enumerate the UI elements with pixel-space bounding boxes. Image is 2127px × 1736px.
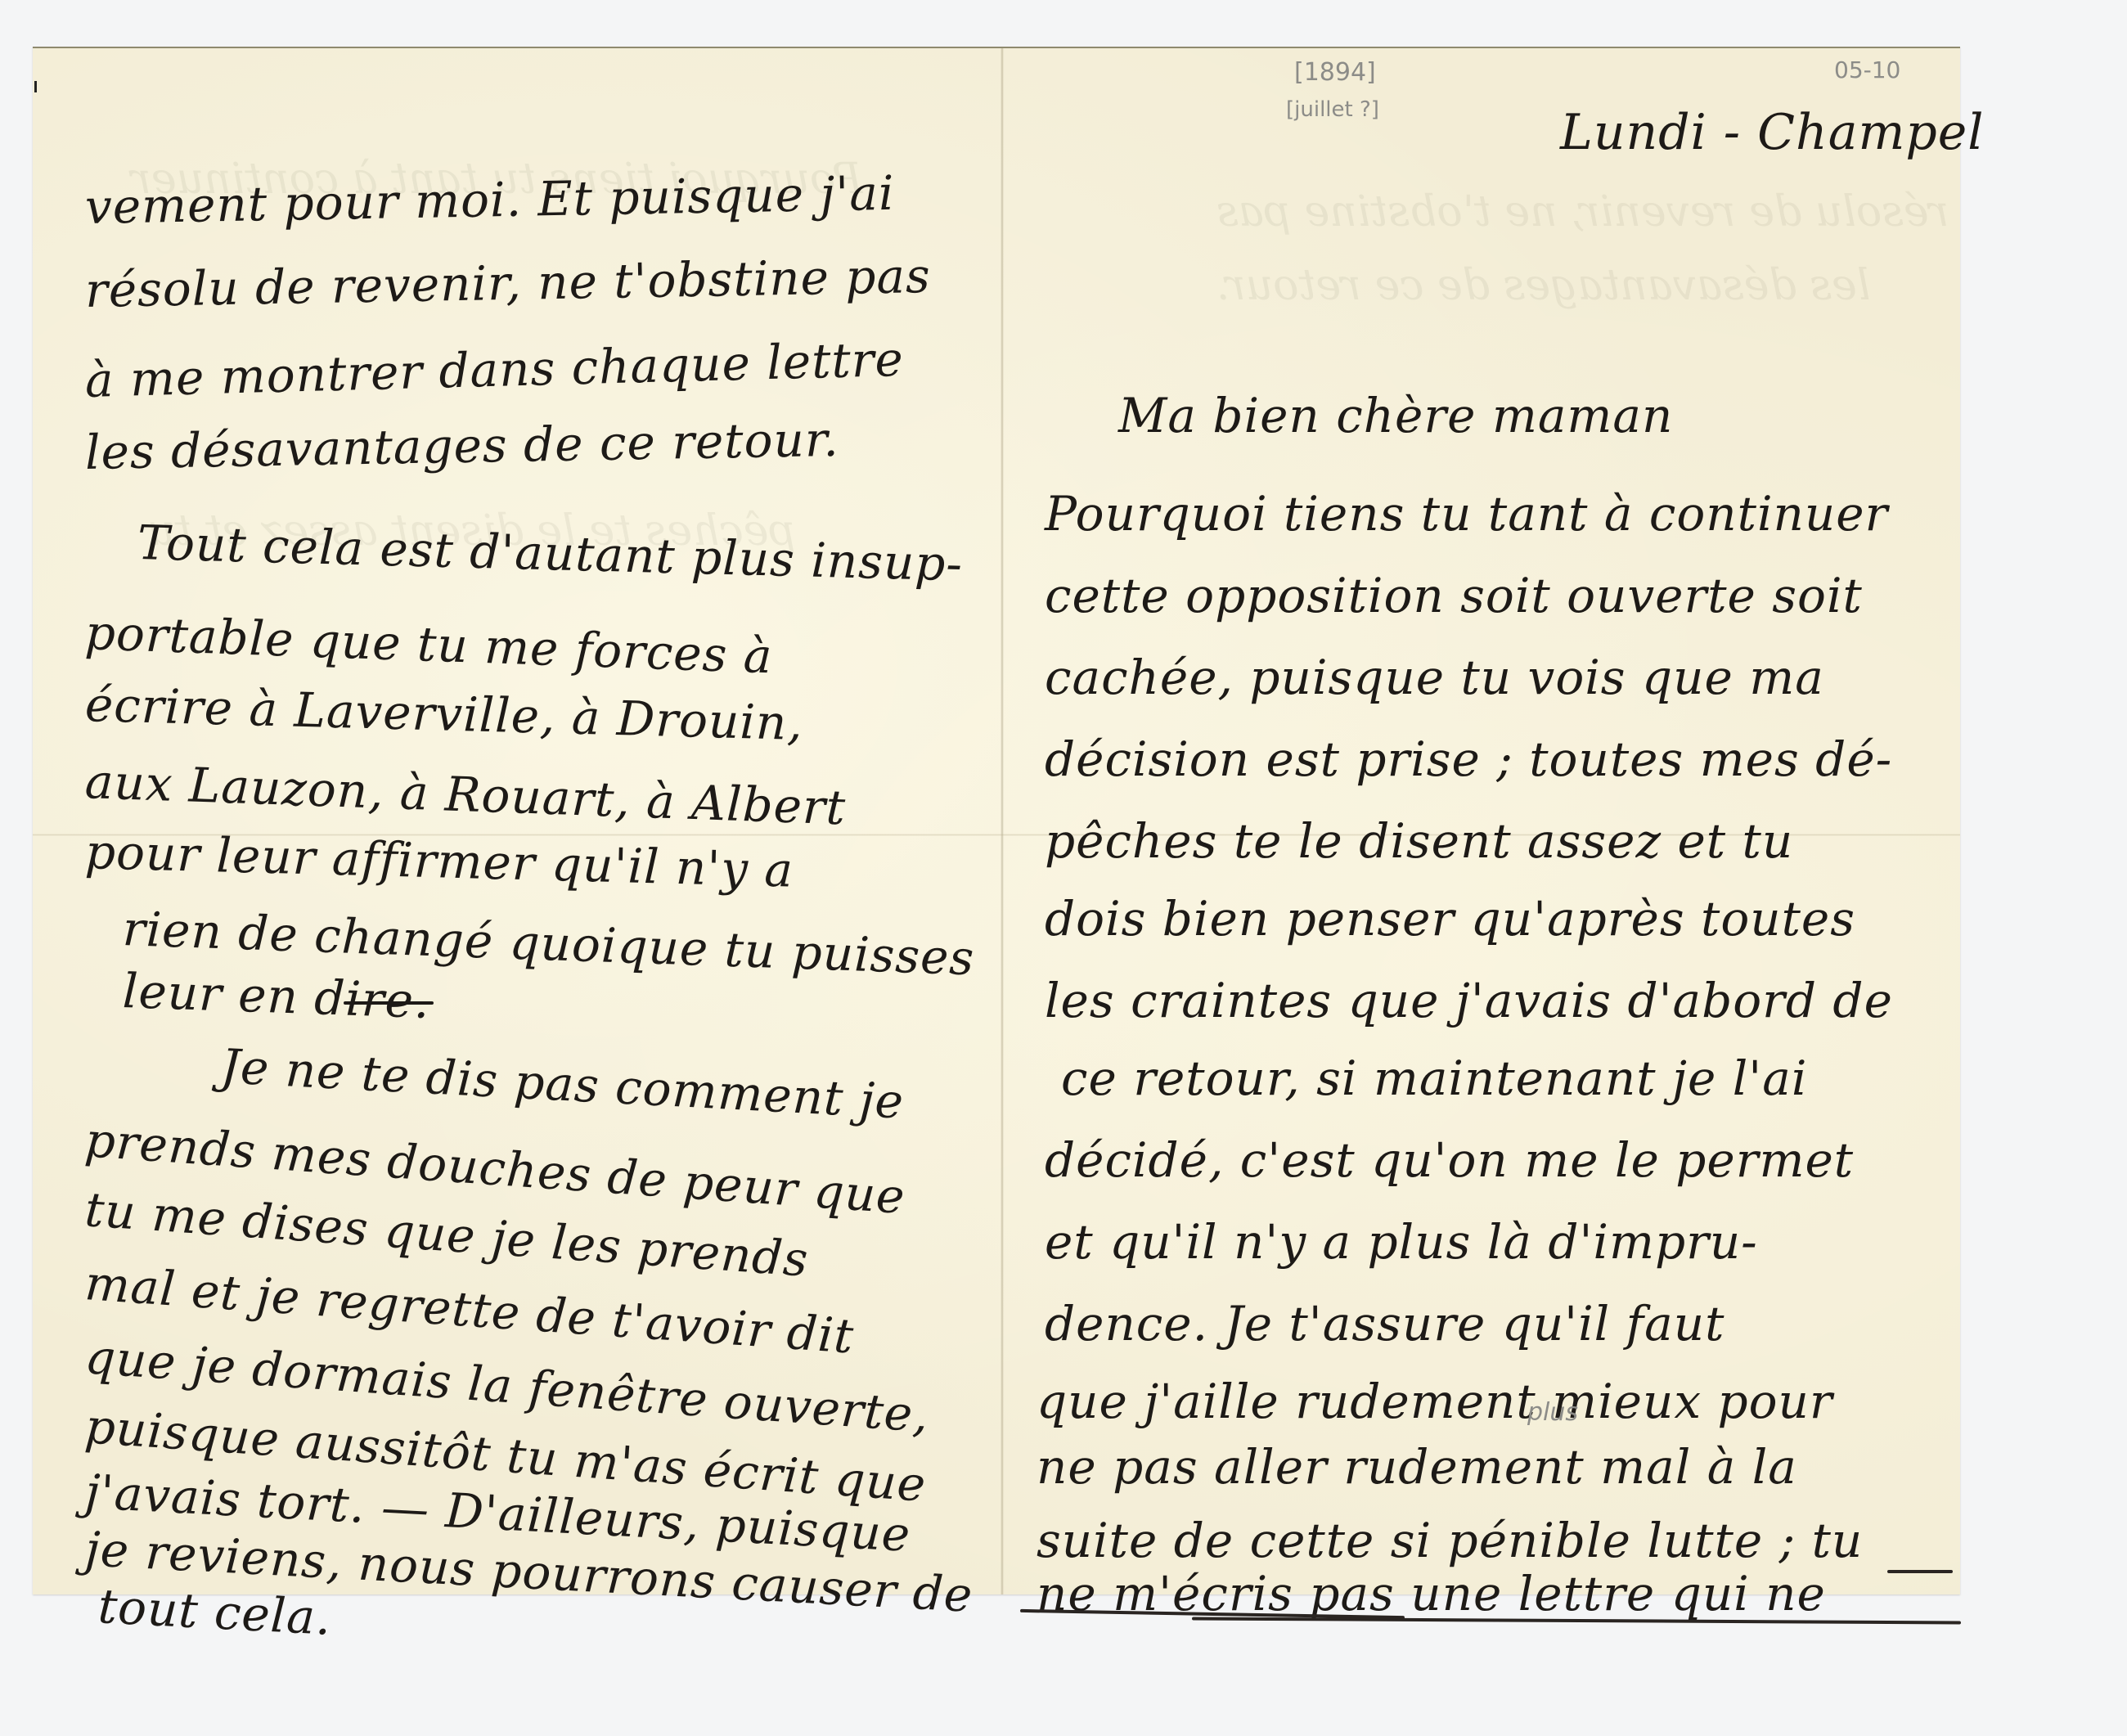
- salutation: Ma bien chère maman: [1118, 388, 1673, 443]
- ink-bleed-through: les désavantages de ce retour.: [1216, 261, 1870, 310]
- letter-line: dois bien penser qu'après toutes: [1045, 891, 1855, 947]
- letter-line: ne pas aller rudement mal à la: [1037, 1439, 1797, 1495]
- underline-stroke: [1887, 1570, 1953, 1573]
- letter-line: Tout cela est d'autant plus insup-: [137, 515, 964, 591]
- letter-line: écrire à Laverville, à Drouin,: [84, 677, 803, 751]
- letter-line: les craintes que j'avais d'abord de: [1045, 973, 1893, 1028]
- letter-line: aux Lauzon, à Rouart, à Albert: [84, 753, 847, 835]
- letter-line: décision est prise ; toutes mes dé-: [1045, 731, 1892, 787]
- dateline: Lundi - Champel: [1560, 104, 1984, 161]
- letter-line: portable que tu me forces à: [84, 605, 774, 684]
- letter-line: pour leur affirmer qu'il n'y a: [84, 824, 794, 898]
- ink-bleed-through: résolu de revenir, ne t'obstine pas: [1216, 187, 1949, 236]
- letter-line: les désavantages de ce retour.: [84, 412, 839, 480]
- letter-line: et qu'il n'y a plus là d'impru-: [1045, 1214, 1758, 1270]
- letter-line: cachée, puisque tu vois que ma: [1045, 650, 1824, 705]
- letter-line: Je ne te dis pas comment je: [219, 1038, 906, 1130]
- letter-sheet: Pourquoi tiens tu tant à continuer pêche…: [33, 47, 1960, 1594]
- letter-line: tout cela.: [97, 1578, 333, 1646]
- right-page: [1894] [juillet ?] 05-10 Lundi - Champel…: [1004, 48, 1960, 1594]
- folio-number: 05-10: [1834, 56, 1900, 83]
- letter-line: leur en dire.: [122, 963, 431, 1029]
- dash-stroke: [344, 1001, 434, 1005]
- archive-month-annotation: [juillet ?]: [1286, 97, 1379, 122]
- letter-line: cette opposition soit ouverte soit: [1045, 568, 1863, 623]
- pencil-insertion: plus: [1527, 1398, 1578, 1427]
- letter-line: que j'aille rudement mieux pour: [1037, 1374, 1833, 1429]
- letter-line: à me montrer dans chaque lettre: [84, 331, 904, 408]
- letter-line: dence. Je t'assure qu'il faut: [1045, 1296, 1725, 1351]
- left-page: Pourquoi tiens tu tant à continuer pêche…: [33, 48, 1001, 1594]
- letter-line: pêches te le disent assez et tu: [1045, 813, 1793, 869]
- archive-date-annotation: [1894]: [1294, 58, 1376, 87]
- letter-line: décidé, c'est qu'on me le permet: [1045, 1132, 1854, 1188]
- letter-line: Pourquoi tiens tu tant à continuer: [1045, 486, 1888, 542]
- letter-line: ce retour, si maintenant je l'ai: [1061, 1050, 1807, 1106]
- letter-line: suite de cette si pénible lutte ; tu: [1037, 1513, 1863, 1568]
- letter-line: résolu de revenir, ne t'obstine pas: [84, 248, 931, 318]
